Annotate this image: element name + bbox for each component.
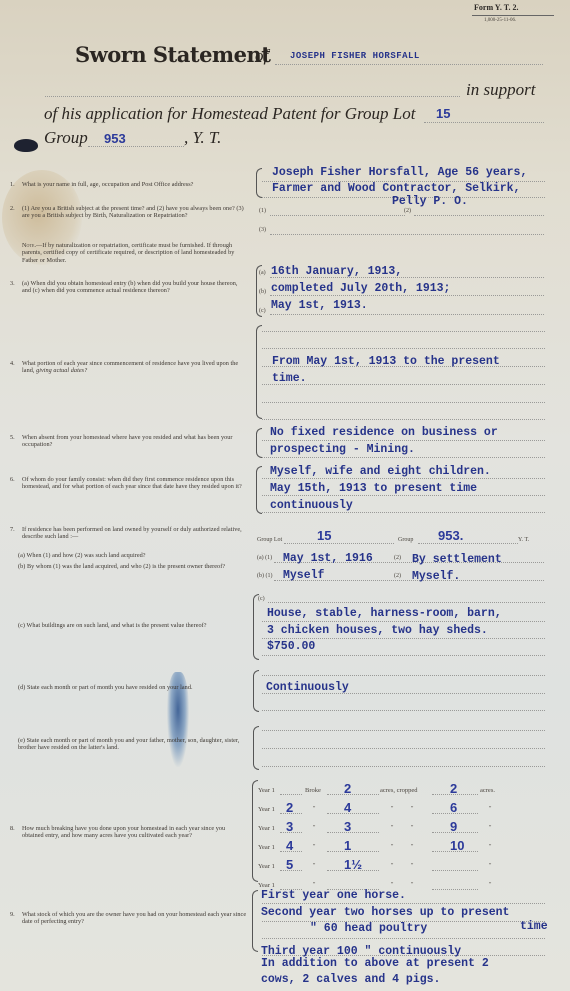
answer-9-line-1: First year one horse. bbox=[261, 889, 406, 902]
year-value: 3 bbox=[286, 819, 293, 834]
form-number: Form Y. T. 2. bbox=[474, 3, 518, 12]
broke-value: 1 bbox=[344, 838, 351, 853]
ditto: " bbox=[411, 806, 413, 812]
group-value: 953 bbox=[104, 131, 126, 146]
title-of: of bbox=[255, 46, 268, 66]
year-value: 4 bbox=[286, 838, 293, 853]
brace bbox=[253, 726, 259, 770]
answer-4-line-1: From May 1st, 1913 to the present bbox=[272, 355, 500, 368]
ditto: " bbox=[489, 863, 491, 869]
answer-5-line-1: No fixed residence on business or bbox=[270, 426, 498, 439]
answer-7c-line-1: House, stable, harness-room, barn, bbox=[267, 607, 502, 620]
ditto: " bbox=[489, 825, 491, 831]
ditto: " bbox=[411, 825, 413, 831]
cropped-value: 2 bbox=[450, 781, 457, 796]
answer-7b-2: Myself. bbox=[412, 570, 460, 583]
brace bbox=[252, 890, 258, 952]
question-5: 5. When absent from your homestead where… bbox=[22, 434, 247, 449]
cropped-line bbox=[432, 870, 478, 871]
question-7a: (a) When (1) and how (2) was such land a… bbox=[18, 552, 248, 559]
group-lot-value: 15 bbox=[436, 106, 450, 121]
ditto: " bbox=[391, 844, 393, 850]
name-line bbox=[275, 64, 543, 65]
question-7e: (e) State each month or part of month yo… bbox=[18, 737, 248, 752]
question-9: 9. What stock of which you are the owner… bbox=[22, 911, 247, 926]
brace bbox=[256, 168, 262, 198]
note: Note.—If by naturalization or repatriati… bbox=[22, 242, 247, 264]
year-label: Year 1 bbox=[258, 863, 275, 870]
ink-blot bbox=[14, 139, 38, 152]
brace bbox=[256, 325, 262, 419]
broke-label: Broke bbox=[305, 787, 321, 794]
question-7d: (d) State each month or part of month yo… bbox=[18, 684, 248, 691]
ditto: " bbox=[489, 844, 491, 850]
year-value: 5 bbox=[286, 857, 293, 872]
year-label: Year 1 bbox=[258, 806, 275, 813]
answer-7a-1: May 1st, 1916 bbox=[283, 552, 373, 565]
year-label: Year 1 bbox=[258, 825, 275, 832]
ditto: " bbox=[411, 863, 413, 869]
q3-label-a: (a) bbox=[259, 270, 266, 276]
q3-label-b: (b) bbox=[259, 289, 266, 295]
answer-7a-2: By settlement bbox=[412, 553, 502, 566]
answer-6-line-1: Myself, wife and eight children. bbox=[270, 465, 491, 478]
answer-9-line-5: In addition to above at present 2 bbox=[261, 957, 489, 970]
answer-7c-line-2: 3 chicken houses, two hay sheds. bbox=[267, 624, 488, 637]
answer-1-line-1: Joseph Fisher Horsfall, Age 56 years, bbox=[272, 166, 527, 179]
applicant-name: JOSEPH FISHER HORSFALL bbox=[290, 50, 420, 63]
ditto: " bbox=[313, 806, 315, 812]
q7-group-lot-label: Group Lot bbox=[257, 537, 282, 543]
q3-label-c: (c) bbox=[259, 308, 266, 314]
q7b-label-1: (b) (1) bbox=[257, 573, 273, 579]
question-2: 2. (1) Are you a British subject at the … bbox=[22, 205, 247, 220]
ditto: " bbox=[313, 825, 315, 831]
answer-6-line-2: May 15th, 1913 to present time bbox=[270, 482, 477, 495]
year-value: 2 bbox=[286, 800, 293, 815]
cropped-line bbox=[432, 889, 478, 890]
group-lot-line bbox=[424, 122, 544, 123]
answer-7c-line-3: $750.00 bbox=[267, 640, 315, 653]
cropped-value: 6 bbox=[450, 800, 457, 815]
ditto: " bbox=[411, 882, 413, 888]
q7-territory: Y. T. bbox=[518, 537, 529, 543]
cropped-label: acres, cropped bbox=[380, 787, 418, 794]
year-label: Year 1 bbox=[258, 882, 275, 889]
year-label: Year 1 bbox=[258, 844, 275, 851]
q2-label-3: (3) bbox=[259, 227, 266, 233]
print-code: 1,000-25-11-06. bbox=[484, 18, 516, 23]
ditto: " bbox=[313, 882, 315, 888]
question-7b: (b) By whom (1) was the land acquired, a… bbox=[18, 563, 248, 570]
question-6: 6. Of whom do your family consist: when … bbox=[22, 476, 247, 491]
ditto: " bbox=[391, 806, 393, 812]
broke-value: 2 bbox=[344, 781, 351, 796]
territory: , Y. T. bbox=[184, 128, 221, 148]
broke-line bbox=[327, 794, 379, 795]
answer-1-line-2: Farmer and Wood Contractor, Selkirk, bbox=[272, 182, 520, 195]
question-7c: (c) What buildings are on such land, and… bbox=[18, 622, 248, 629]
question-4: 4. What portion of each year since comme… bbox=[22, 360, 247, 375]
brace bbox=[253, 594, 259, 660]
question-8: 8. How much breaking have you done upon … bbox=[22, 825, 247, 840]
brace bbox=[256, 466, 262, 514]
broke-value: 1½ bbox=[344, 857, 362, 872]
ditto: " bbox=[489, 882, 491, 888]
answer-9-time: time bbox=[520, 920, 548, 933]
q7a-label-2: (2) bbox=[394, 555, 401, 561]
answer-9-line-2: Second year two horses up to present bbox=[261, 906, 509, 919]
cropped-value: 9 bbox=[450, 819, 457, 834]
answer-7d: Continuously bbox=[266, 681, 349, 694]
brace bbox=[256, 428, 262, 458]
in-support: in support bbox=[466, 80, 535, 100]
ditto: " bbox=[411, 844, 413, 850]
broke-line bbox=[327, 813, 379, 814]
year-line bbox=[280, 794, 302, 795]
broke-line bbox=[327, 851, 379, 852]
question-1: 1. What is your name in full, age, occup… bbox=[22, 181, 247, 188]
q7b-label-2: (2) bbox=[394, 573, 401, 579]
ditto: " bbox=[313, 844, 315, 850]
question-7: 7. If residence has been performed on la… bbox=[22, 526, 247, 541]
answer-1-line-3: Pelly P. O. bbox=[392, 195, 468, 208]
answer-9-line-6: cows, 2 calves and 4 pigs. bbox=[261, 973, 440, 986]
year-label: Year 1 bbox=[258, 787, 275, 794]
brace bbox=[253, 670, 259, 712]
question-3: 3. (a) When did you obtain homestead ent… bbox=[22, 280, 247, 295]
answer-3c: May 1st, 1913. bbox=[271, 299, 368, 312]
ditto: " bbox=[391, 882, 393, 888]
ditto: " bbox=[489, 806, 491, 812]
q7-group-label: Group bbox=[398, 537, 413, 543]
answer-6-line-3: continuously bbox=[270, 499, 353, 512]
document-title: Sworn Statement bbox=[75, 42, 270, 67]
answer-3a: 16th January, 1913, bbox=[271, 265, 402, 278]
q7c-label: (c) bbox=[258, 596, 265, 602]
form-number-rule bbox=[472, 15, 554, 16]
answer-7b-1: Myself bbox=[283, 569, 324, 582]
q7-group: 953. bbox=[438, 528, 463, 543]
answer-5-line-2: prospecting - Mining. bbox=[270, 443, 415, 456]
blank-line bbox=[45, 96, 460, 97]
q2-label-2: (2) bbox=[404, 208, 411, 214]
broke-value: 4 bbox=[344, 800, 351, 815]
cropped-value: 10 bbox=[450, 838, 464, 853]
q7-group-lot: 15 bbox=[317, 528, 331, 543]
answer-9-line-3: " 60 head poultry bbox=[310, 922, 427, 935]
answer-4-line-2: time. bbox=[272, 372, 307, 385]
ditto: " bbox=[313, 863, 315, 869]
answer-3b: completed July 20th, 1913; bbox=[271, 282, 450, 295]
q2-label-1: (1) bbox=[259, 208, 266, 214]
broke-value: 3 bbox=[344, 819, 351, 834]
broke-line bbox=[327, 832, 379, 833]
application-text: of his application for Homestead Patent … bbox=[44, 104, 415, 124]
q7a-label-1: (a) (1) bbox=[257, 555, 272, 561]
group-line bbox=[88, 146, 184, 147]
ditto: " bbox=[391, 863, 393, 869]
group-label: Group bbox=[44, 128, 88, 148]
acres-label: acres. bbox=[480, 787, 495, 794]
ditto: " bbox=[391, 825, 393, 831]
